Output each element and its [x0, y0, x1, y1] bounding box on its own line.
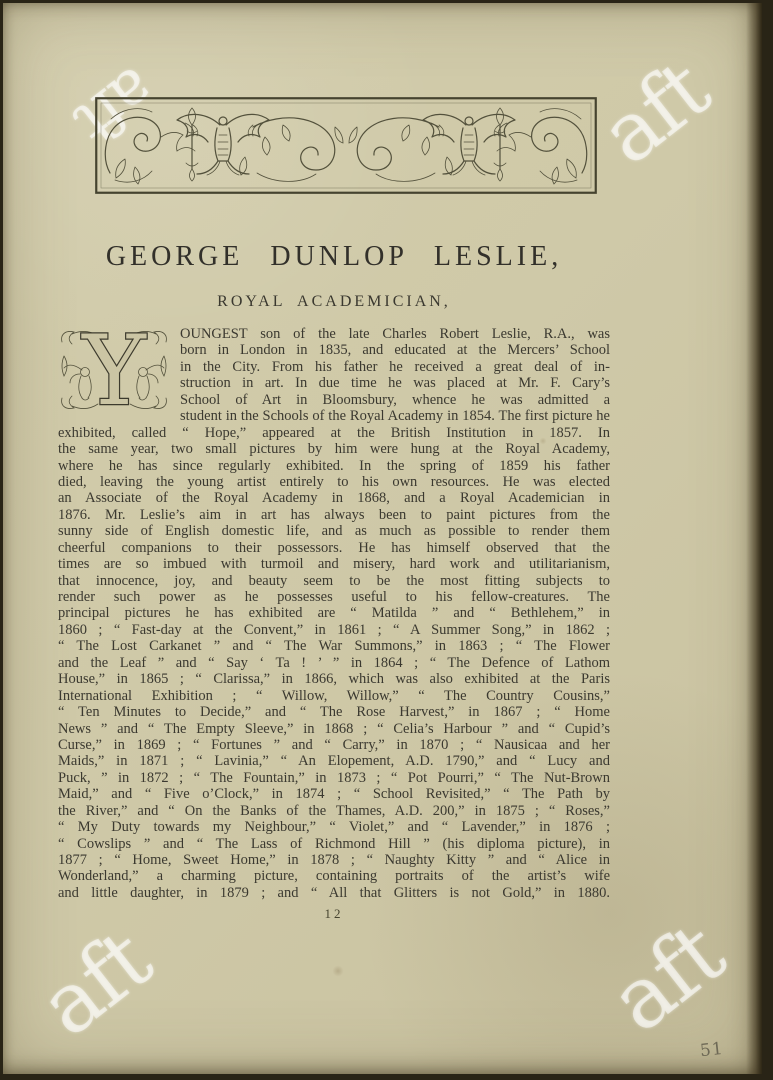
body-line: Puck, ” in 1872 ; “ The Fountain,” in 18…: [58, 770, 610, 786]
body-line: exhibited, called “ Hope,” appeared at t…: [58, 425, 610, 441]
body-text: Y OUNGEST son of the late Charles Robert…: [58, 326, 610, 901]
page-edge-shadow: [746, 3, 762, 1074]
page-subtitle: ROYAL ACADEMICIAN,: [58, 293, 610, 311]
body-line: “ My Duty towards my Neighbour,” “ Viole…: [58, 819, 610, 835]
body-line: render such power as he possesses useful…: [58, 589, 610, 605]
body-line: Maid,” and “ Five o’Clock,” in 1874 ; “ …: [58, 786, 610, 802]
page-number: 12: [58, 906, 610, 922]
body-line: 1877 ; “ Home, Sweet Home,” in 1878 ; “ …: [58, 852, 610, 868]
body-line: the River,” and “ On the Banks of the Th…: [58, 803, 610, 819]
body-line: “ Cowslips ” and “ The Lass of Richmond …: [58, 836, 610, 852]
body-line: 1860 ; “ Fast-day at the Convent,” in 18…: [58, 622, 610, 638]
body-line: where he has since regularly exhibited. …: [58, 458, 610, 474]
body-line: sunny side of English domestic life, and…: [58, 523, 610, 539]
header-ornament-band: [95, 97, 597, 194]
handwritten-folio-number: 51: [699, 1039, 725, 1061]
draft-watermark-bottom-left: aft: [22, 911, 168, 1055]
body-line: International Exhibition ; “ Willow, Wil…: [58, 688, 610, 704]
body-line: News ” and “ The Empty Sleeve,” in 1868 …: [58, 721, 610, 737]
book-page: aft aft aft aft: [3, 3, 762, 1074]
ornate-initial-y-icon: Y: [58, 328, 170, 412]
draft-watermark-bottom-right: aft: [592, 904, 742, 1052]
body-line: House,” in 1865 ; “ Clarissa,” in 1866, …: [58, 671, 610, 687]
drop-cap-letter: Y: [80, 328, 147, 412]
body-line: that innocence, joy, and beauty seem to …: [58, 573, 610, 589]
body-line: the same year, two small pictures by him…: [58, 441, 610, 457]
body-line: died, leaving the young artist entirely …: [58, 474, 610, 490]
draft-watermark-top-right: aft: [584, 43, 726, 183]
body-line: times are so imbued with turmoil and mis…: [58, 556, 610, 572]
body-line: principal pictures he has exhibited are …: [58, 605, 610, 621]
body-line: and the Leaf ” and “ Say ‘ Ta ! ’ ” in 1…: [58, 655, 610, 671]
body-line: Wonderland,” a charming picture, contain…: [58, 868, 610, 884]
body-line: Maids,” in 1871 ; “ Lavinia,” “ An Elope…: [58, 753, 610, 769]
scrollwork-engraving-icon: [95, 97, 597, 194]
body-line: “ Ten Minutes to Decide,” and “ The Rose…: [58, 704, 610, 720]
body-line: and little daughter, in 1879 ; and “ All…: [58, 885, 610, 901]
screenshot-root: { "page": { "title": "GEORGE DUNLOP LESL…: [0, 0, 773, 1080]
drop-cap-initial-y: Y: [58, 328, 170, 412]
body-line: cheerful companions to their possessors.…: [58, 540, 610, 556]
body-line: “ The Lost Carkanet ” and “ The War Summ…: [58, 638, 610, 654]
body-line: Curse,” in 1869 ; “ Fortunes ” and “ Car…: [58, 737, 610, 753]
page-title: GEORGE DUNLOP LESLIE,: [58, 241, 610, 273]
body-line: 1876. Mr. Leslie’s aim in art has always…: [58, 507, 610, 523]
body-line: an Associate of the Royal Academy in 186…: [58, 490, 610, 506]
